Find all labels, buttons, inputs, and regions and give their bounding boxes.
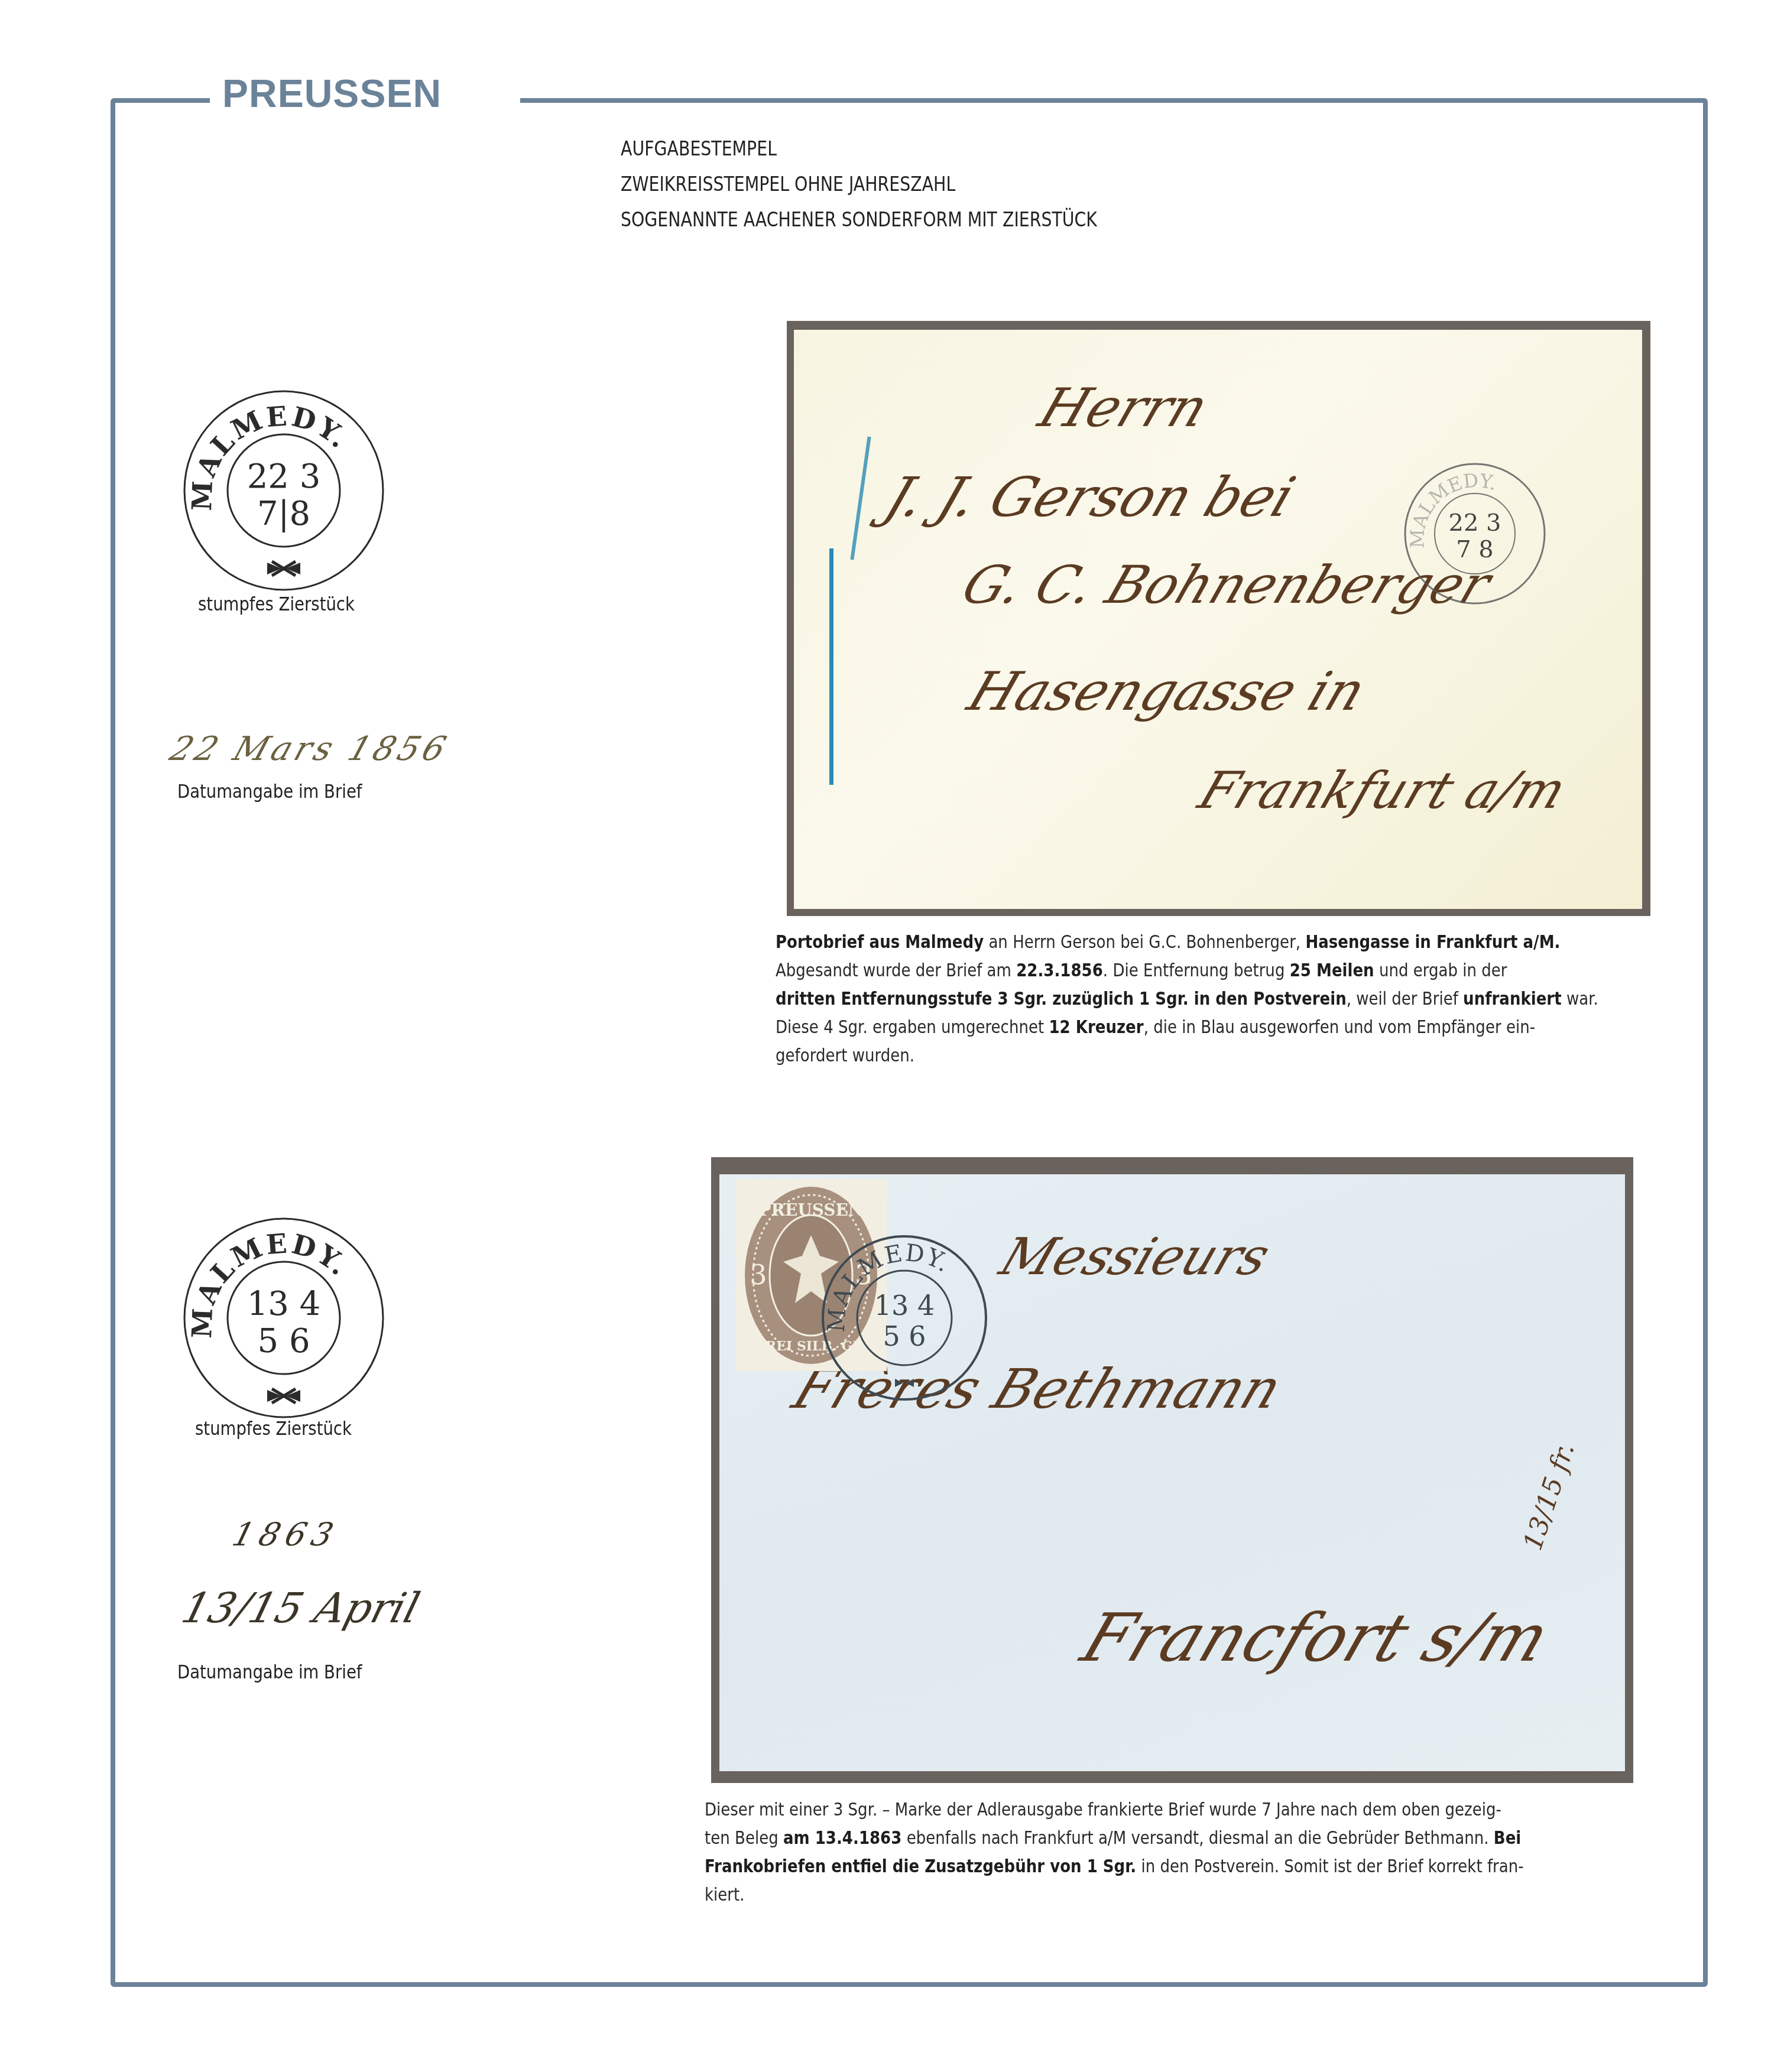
cover-1-caption: Portobrief aus Malmedy an Herrn Gerson b… bbox=[776, 928, 1598, 1070]
caption-text: an Herrn Gerson bei G.C. Bohnenberger, bbox=[984, 931, 1305, 953]
caption-bold-text: 12 Kreuzer bbox=[1049, 1016, 1143, 1038]
caption-text: Diese 4 Sgr. ergaben umgerechnet bbox=[776, 1016, 1049, 1038]
caption-text: und ergab in der bbox=[1374, 960, 1507, 981]
caption-text: , weil der Brief bbox=[1347, 988, 1463, 1009]
caption-bold-text: Bei bbox=[1494, 1827, 1521, 1849]
address-line: Francfort s/m bbox=[1072, 1600, 1559, 1677]
postmark-1: MALMEDY. 22 3 7 8 bbox=[1401, 460, 1549, 608]
caption-bold-text: Hasengasse in Frankfurt a/M. bbox=[1305, 931, 1560, 953]
address-line: Frankfurt a/m bbox=[1191, 761, 1574, 820]
svg-text:13 4: 13 4 bbox=[874, 1290, 935, 1321]
caption-line: Dieser mit einer 3 Sgr. – Marke der Adle… bbox=[705, 1795, 1524, 1824]
svg-text:7 8: 7 8 bbox=[1456, 536, 1494, 563]
svg-text:22 3: 22 3 bbox=[247, 457, 321, 496]
caption-bold-text: 22.3.1856 bbox=[1016, 960, 1103, 981]
caption-text: ten Beleg bbox=[705, 1827, 783, 1849]
svg-text:7|8: 7|8 bbox=[257, 495, 310, 533]
caption-line: Frankobriefen entfiel die Zusatzgebühr v… bbox=[705, 1852, 1524, 1881]
cover-2-caption: Dieser mit einer 3 Sgr. – Marke der Adle… bbox=[705, 1795, 1524, 1909]
blue-crayon-stroke bbox=[850, 437, 871, 560]
diagram-caption: stumpfes Zierstück bbox=[195, 1417, 352, 1440]
ornament-icon bbox=[895, 1379, 914, 1387]
caption-line: Diese 4 Sgr. ergaben umgerechnet 12 Kreu… bbox=[776, 1013, 1598, 1041]
caption-bold-text: 25 Meilen bbox=[1290, 960, 1374, 981]
caption-line: Portobrief aus Malmedy an Herrn Gerson b… bbox=[776, 928, 1598, 956]
ornament-icon bbox=[267, 561, 300, 576]
caption-text: ebenfalls nach Frankfurt a/M versandt, d… bbox=[901, 1827, 1493, 1849]
svg-text:3: 3 bbox=[750, 1259, 767, 1291]
diagram-caption: stumpfes Zierstück bbox=[198, 593, 355, 615]
caption-line: kiert. bbox=[705, 1881, 1524, 1909]
address-line: Herrn bbox=[1031, 377, 1217, 439]
caption-text: kiert. bbox=[705, 1884, 745, 1905]
svg-text:PREUSSEN: PREUSSEN bbox=[759, 1200, 864, 1220]
header-line: AUFGABESTEMPEL bbox=[621, 131, 1097, 167]
caption-bold-text: Portobrief aus Malmedy bbox=[776, 931, 984, 953]
handwritten-date-caption: Datumangabe im Brief bbox=[177, 780, 362, 803]
caption-text: war. bbox=[1562, 988, 1598, 1009]
handwritten-year: 1863 bbox=[229, 1516, 343, 1553]
caption-line: dritten Entfernungsstufe 3 Sgr. zuzüglic… bbox=[776, 985, 1598, 1013]
caption-bold-text: dritten Entfernungsstufe 3 Sgr. zuzüglic… bbox=[776, 988, 1347, 1009]
caption-text: in den Postverein. Somit ist der Brief k… bbox=[1136, 1856, 1523, 1877]
address-line: J. J. Gerson bei bbox=[877, 466, 1303, 529]
caption-bold-text: am 13.4.1863 bbox=[783, 1827, 901, 1849]
header-line: ZWEIKREISSTEMPEL OHNE JAHRESZAHL bbox=[621, 167, 1097, 202]
postmark-2: MALMEDY. 13 4 5 6 bbox=[819, 1232, 990, 1404]
side-note: 13/15 fr. bbox=[1517, 1440, 1580, 1554]
svg-text:13 4: 13 4 bbox=[247, 1285, 321, 1323]
page-title: PREUSSEN bbox=[222, 74, 442, 113]
header-description: AUFGABESTEMPEL ZWEIKREISSTEMPEL OHNE JAH… bbox=[621, 131, 1097, 238]
caption-text: . Die Entfernung betrug bbox=[1103, 960, 1290, 981]
caption-line: ten Beleg am 13.4.1863 ebenfalls nach Fr… bbox=[705, 1824, 1524, 1852]
handwritten-date: 13/15 April bbox=[177, 1584, 425, 1632]
postmark-diagram-1: MALMEDY. 22 3 7|8 bbox=[177, 384, 390, 597]
caption-text: Abgesandt wurde der Brief am bbox=[776, 960, 1016, 981]
caption-line: Abgesandt wurde der Brief am 22.3.1856. … bbox=[776, 956, 1598, 985]
caption-bold-text: unfrankiert bbox=[1463, 988, 1562, 1009]
address-line: Hasengasse in bbox=[960, 661, 1374, 723]
svg-text:22 3: 22 3 bbox=[1448, 509, 1501, 537]
postmark-diagram-2: MALMEDY. 13 4 5 6 bbox=[177, 1212, 390, 1424]
header-line: SOGENANNTE AACHENER SONDERFORM MIT ZIERS… bbox=[621, 202, 1097, 238]
ornament-icon bbox=[267, 1389, 300, 1403]
caption-text: Dieser mit einer 3 Sgr. – Marke der Adle… bbox=[705, 1799, 1501, 1820]
svg-text:5 6: 5 6 bbox=[257, 1322, 310, 1360]
blue-crayon-stroke bbox=[829, 548, 833, 785]
caption-text: , die in Blau ausgeworfen und vom Empfän… bbox=[1144, 1016, 1535, 1038]
cover-1: Herrn J. J. Gerson bei G. C. Bohnenberge… bbox=[794, 330, 1642, 909]
caption-text: gefordert wurden. bbox=[776, 1045, 914, 1066]
caption-bold-text: Frankobriefen entfiel die Zusatzgebühr v… bbox=[705, 1856, 1136, 1877]
handwritten-date-caption: Datumangabe im Brief bbox=[177, 1661, 362, 1683]
caption-line: gefordert wurden. bbox=[776, 1041, 1598, 1070]
svg-text:5 6: 5 6 bbox=[883, 1320, 926, 1352]
address-line: Messieurs bbox=[992, 1227, 1278, 1287]
handwritten-date: 22 Mars 1856 bbox=[165, 730, 454, 768]
